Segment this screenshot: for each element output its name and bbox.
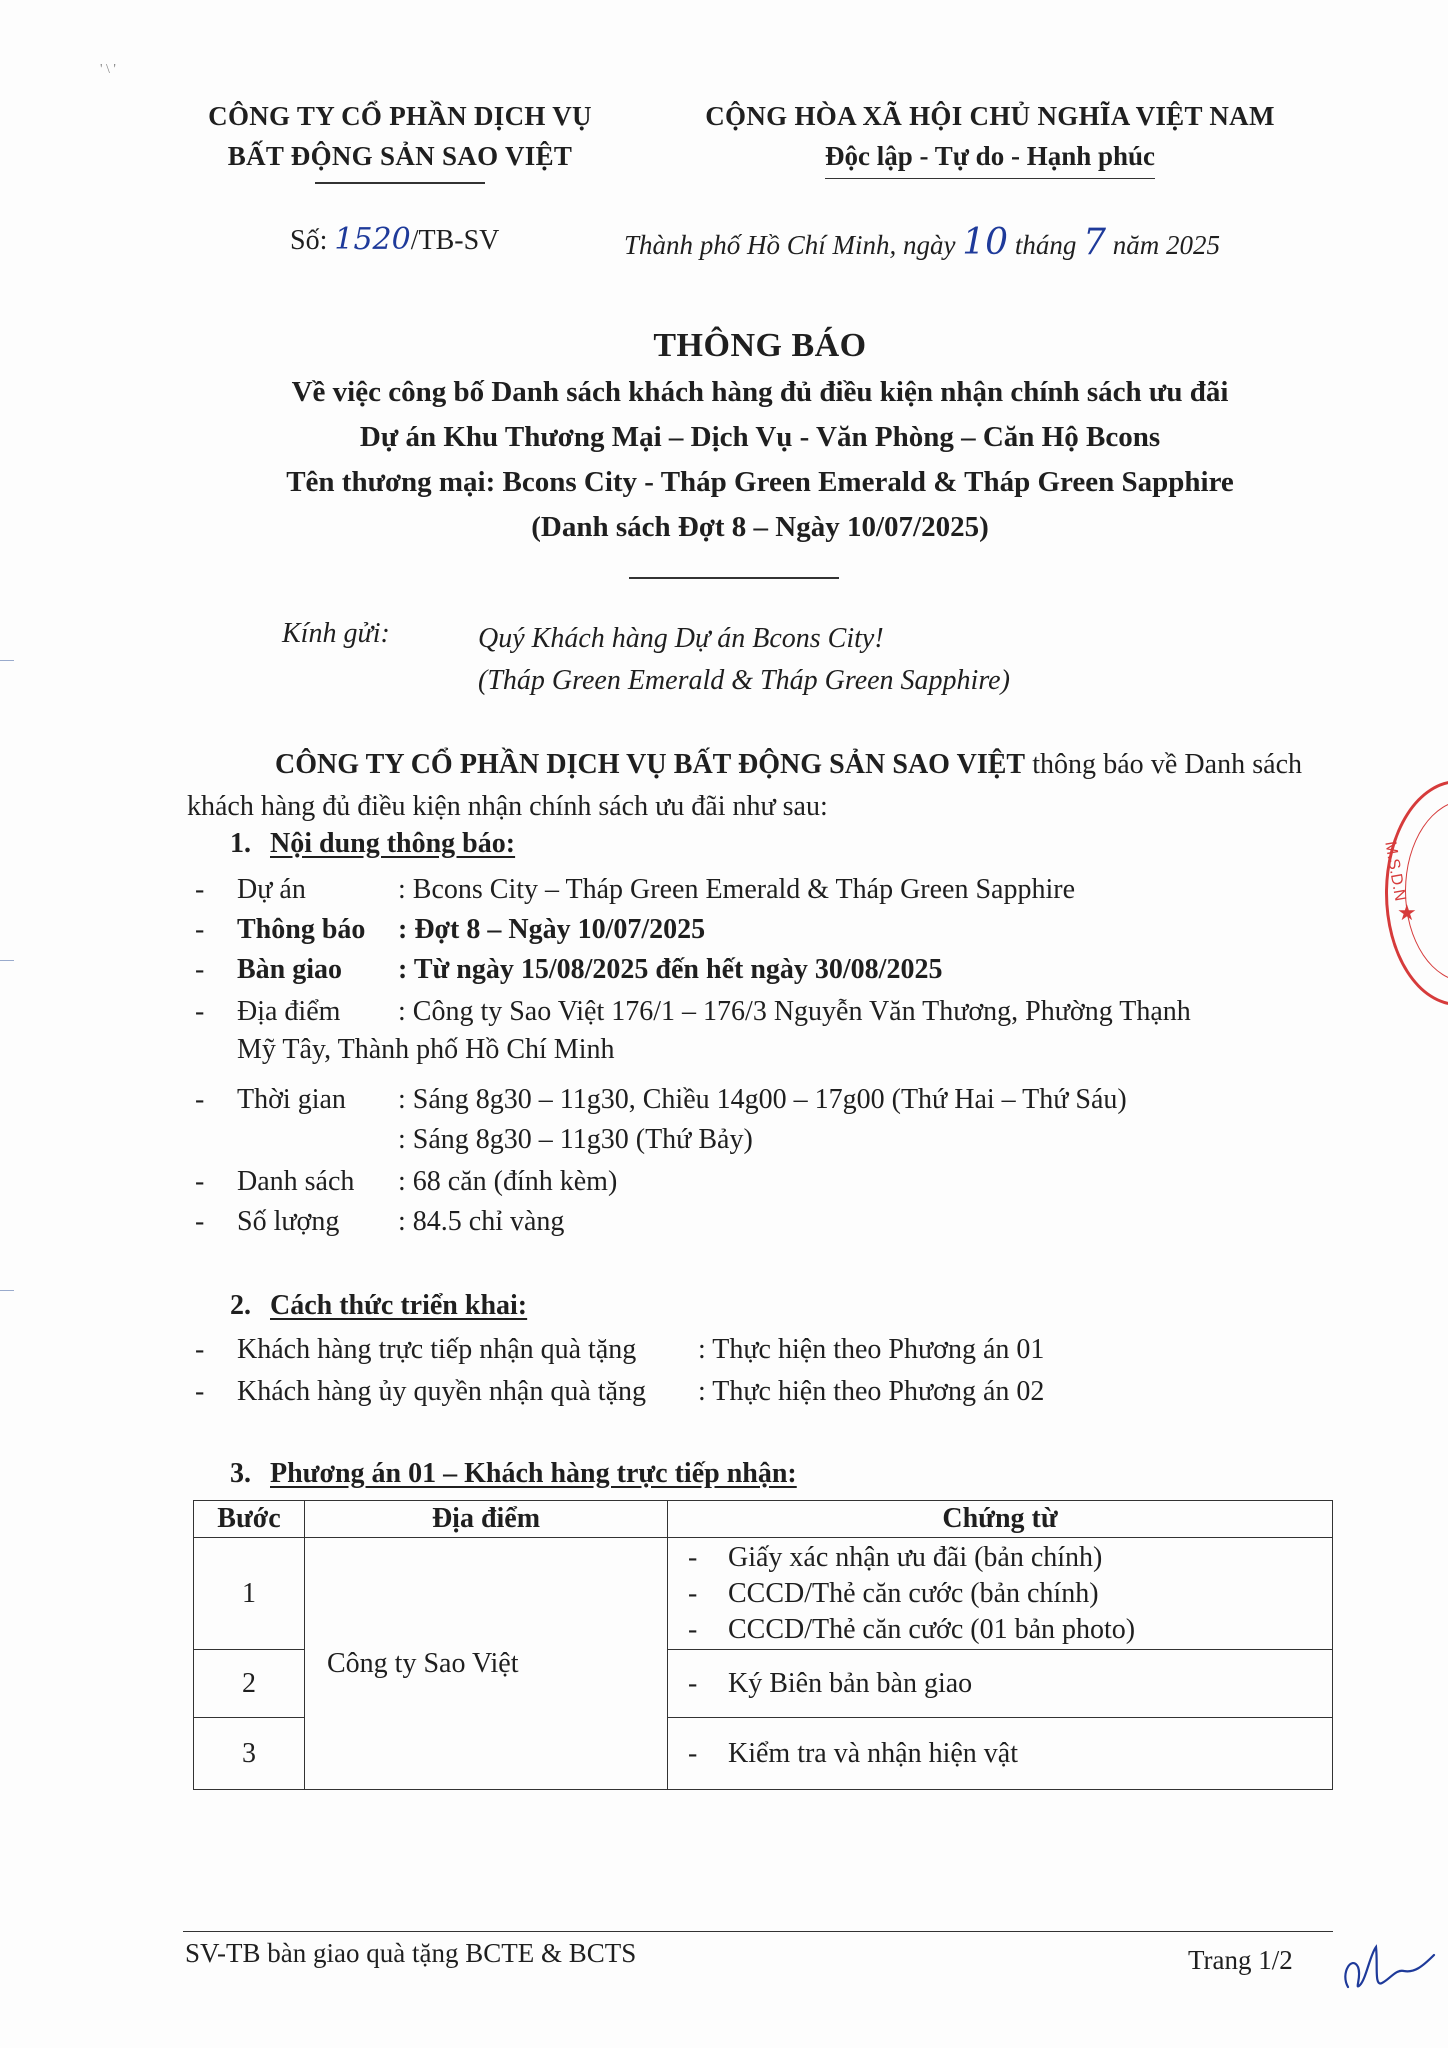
- step-documents: -Giấy xác nhận ưu đãi (bản chính) -CCCD/…: [668, 1538, 1333, 1650]
- table-header-row: Bước Địa điểm Chứng từ: [194, 1501, 1333, 1538]
- step-number: 1: [194, 1538, 305, 1650]
- step-documents: -Kiểm tra và nhận hiện vật: [668, 1718, 1333, 1790]
- title-main: THÔNG BÁO: [190, 322, 1330, 370]
- company-name-line1: CÔNG TY CỔ PHẦN DỊCH VỤ: [180, 96, 620, 136]
- document-number: Số: 1520/TB-SV: [290, 222, 499, 257]
- recipient: Quý Khách hàng Dự án Bcons City! (Tháp G…: [478, 618, 1010, 702]
- signature-icon: [1330, 1925, 1440, 2015]
- recipient-label: Kính gửi:: [282, 618, 390, 650]
- company-name-line2: BẤT ĐỘNG SẢN SAO VIỆT: [180, 136, 620, 176]
- header-location: Địa điểm: [305, 1501, 668, 1538]
- title-line1: Về việc công bố Danh sách khách hàng đủ …: [190, 370, 1330, 415]
- national-motto: Độc lập - Tự do - Hạnh phúc: [825, 136, 1155, 179]
- intro-company: CÔNG TY CỔ PHẦN DỊCH VỤ BẤT ĐỘNG SẢN SAO…: [275, 749, 1025, 780]
- margin-mark: [0, 1290, 14, 1291]
- date-line: Thành phố Hồ Chí Minh, ngày 10 tháng 7 n…: [624, 222, 1220, 263]
- company-header: CÔNG TY CỔ PHẦN DỊCH VỤ BẤT ĐỘNG SẢN SAO…: [180, 96, 620, 184]
- info-row-location-cont: Mỹ Tây, Thành phố Hồ Chí Minh: [237, 1034, 614, 1066]
- star-icon: ★: [1397, 900, 1417, 926]
- document-title: THÔNG BÁO Về việc công bố Danh sách khác…: [190, 322, 1330, 550]
- step-documents: -Ký Biên bản bàn giao: [668, 1650, 1333, 1718]
- title-line4: (Danh sách Đợt 8 – Ngày 10/07/2025): [190, 505, 1330, 550]
- handwritten-number: 1520: [334, 222, 410, 257]
- step-location: Công ty Sao Việt: [305, 1538, 668, 1790]
- header-step: Bước: [194, 1501, 305, 1538]
- page-number: Trang 1/2: [1188, 1945, 1293, 1976]
- footer-reference: SV-TB bàn giao quà tặng BCTE & BCTS: [185, 1938, 636, 1969]
- table-row: 1 Công ty Sao Việt -Giấy xác nhận ưu đãi…: [194, 1538, 1333, 1650]
- header-documents: Chứng từ: [668, 1501, 1333, 1538]
- margin-mark: [0, 960, 14, 961]
- footer-divider: [183, 1931, 1333, 1932]
- step-number: 3: [194, 1718, 305, 1790]
- section2-heading: 2.Cách thức triển khai:: [230, 1290, 527, 1322]
- national-header: CỘNG HÒA XÃ HỘI CHỦ NGHĨA VIỆT NAM Độc l…: [640, 96, 1340, 179]
- margin-mark: [0, 660, 14, 661]
- steps-table: Bước Địa điểm Chứng từ 1 Công ty Sao Việ…: [193, 1500, 1333, 1790]
- handwritten-month: 7: [1083, 222, 1106, 263]
- country-name: CỘNG HÒA XÃ HỘI CHỦ NGHĨA VIỆT NAM: [640, 96, 1340, 136]
- company-underline: [315, 182, 485, 184]
- section1-heading: 1.Nội dung thông báo:: [230, 828, 515, 860]
- recipient-line2: (Tháp Green Emerald & Tháp Green Sapphir…: [478, 660, 1010, 702]
- step-number: 2: [194, 1650, 305, 1718]
- section3-heading: 3.Phương án 01 – Khách hàng trực tiếp nh…: [230, 1458, 797, 1490]
- title-line3: Tên thương mại: Bcons City - Tháp Green …: [190, 460, 1330, 505]
- intro-paragraph: CÔNG TY CỔ PHẦN DỊCH VỤ BẤT ĐỘNG SẢN SAO…: [187, 744, 1302, 828]
- recipient-line1: Quý Khách hàng Dự án Bcons City!: [478, 618, 1010, 660]
- scan-artifact: ' \ ': [100, 62, 116, 78]
- handwritten-day: 10: [962, 222, 1008, 263]
- title-divider: [629, 577, 839, 579]
- title-line2: Dự án Khu Thương Mại – Dịch Vụ - Văn Phò…: [190, 415, 1330, 460]
